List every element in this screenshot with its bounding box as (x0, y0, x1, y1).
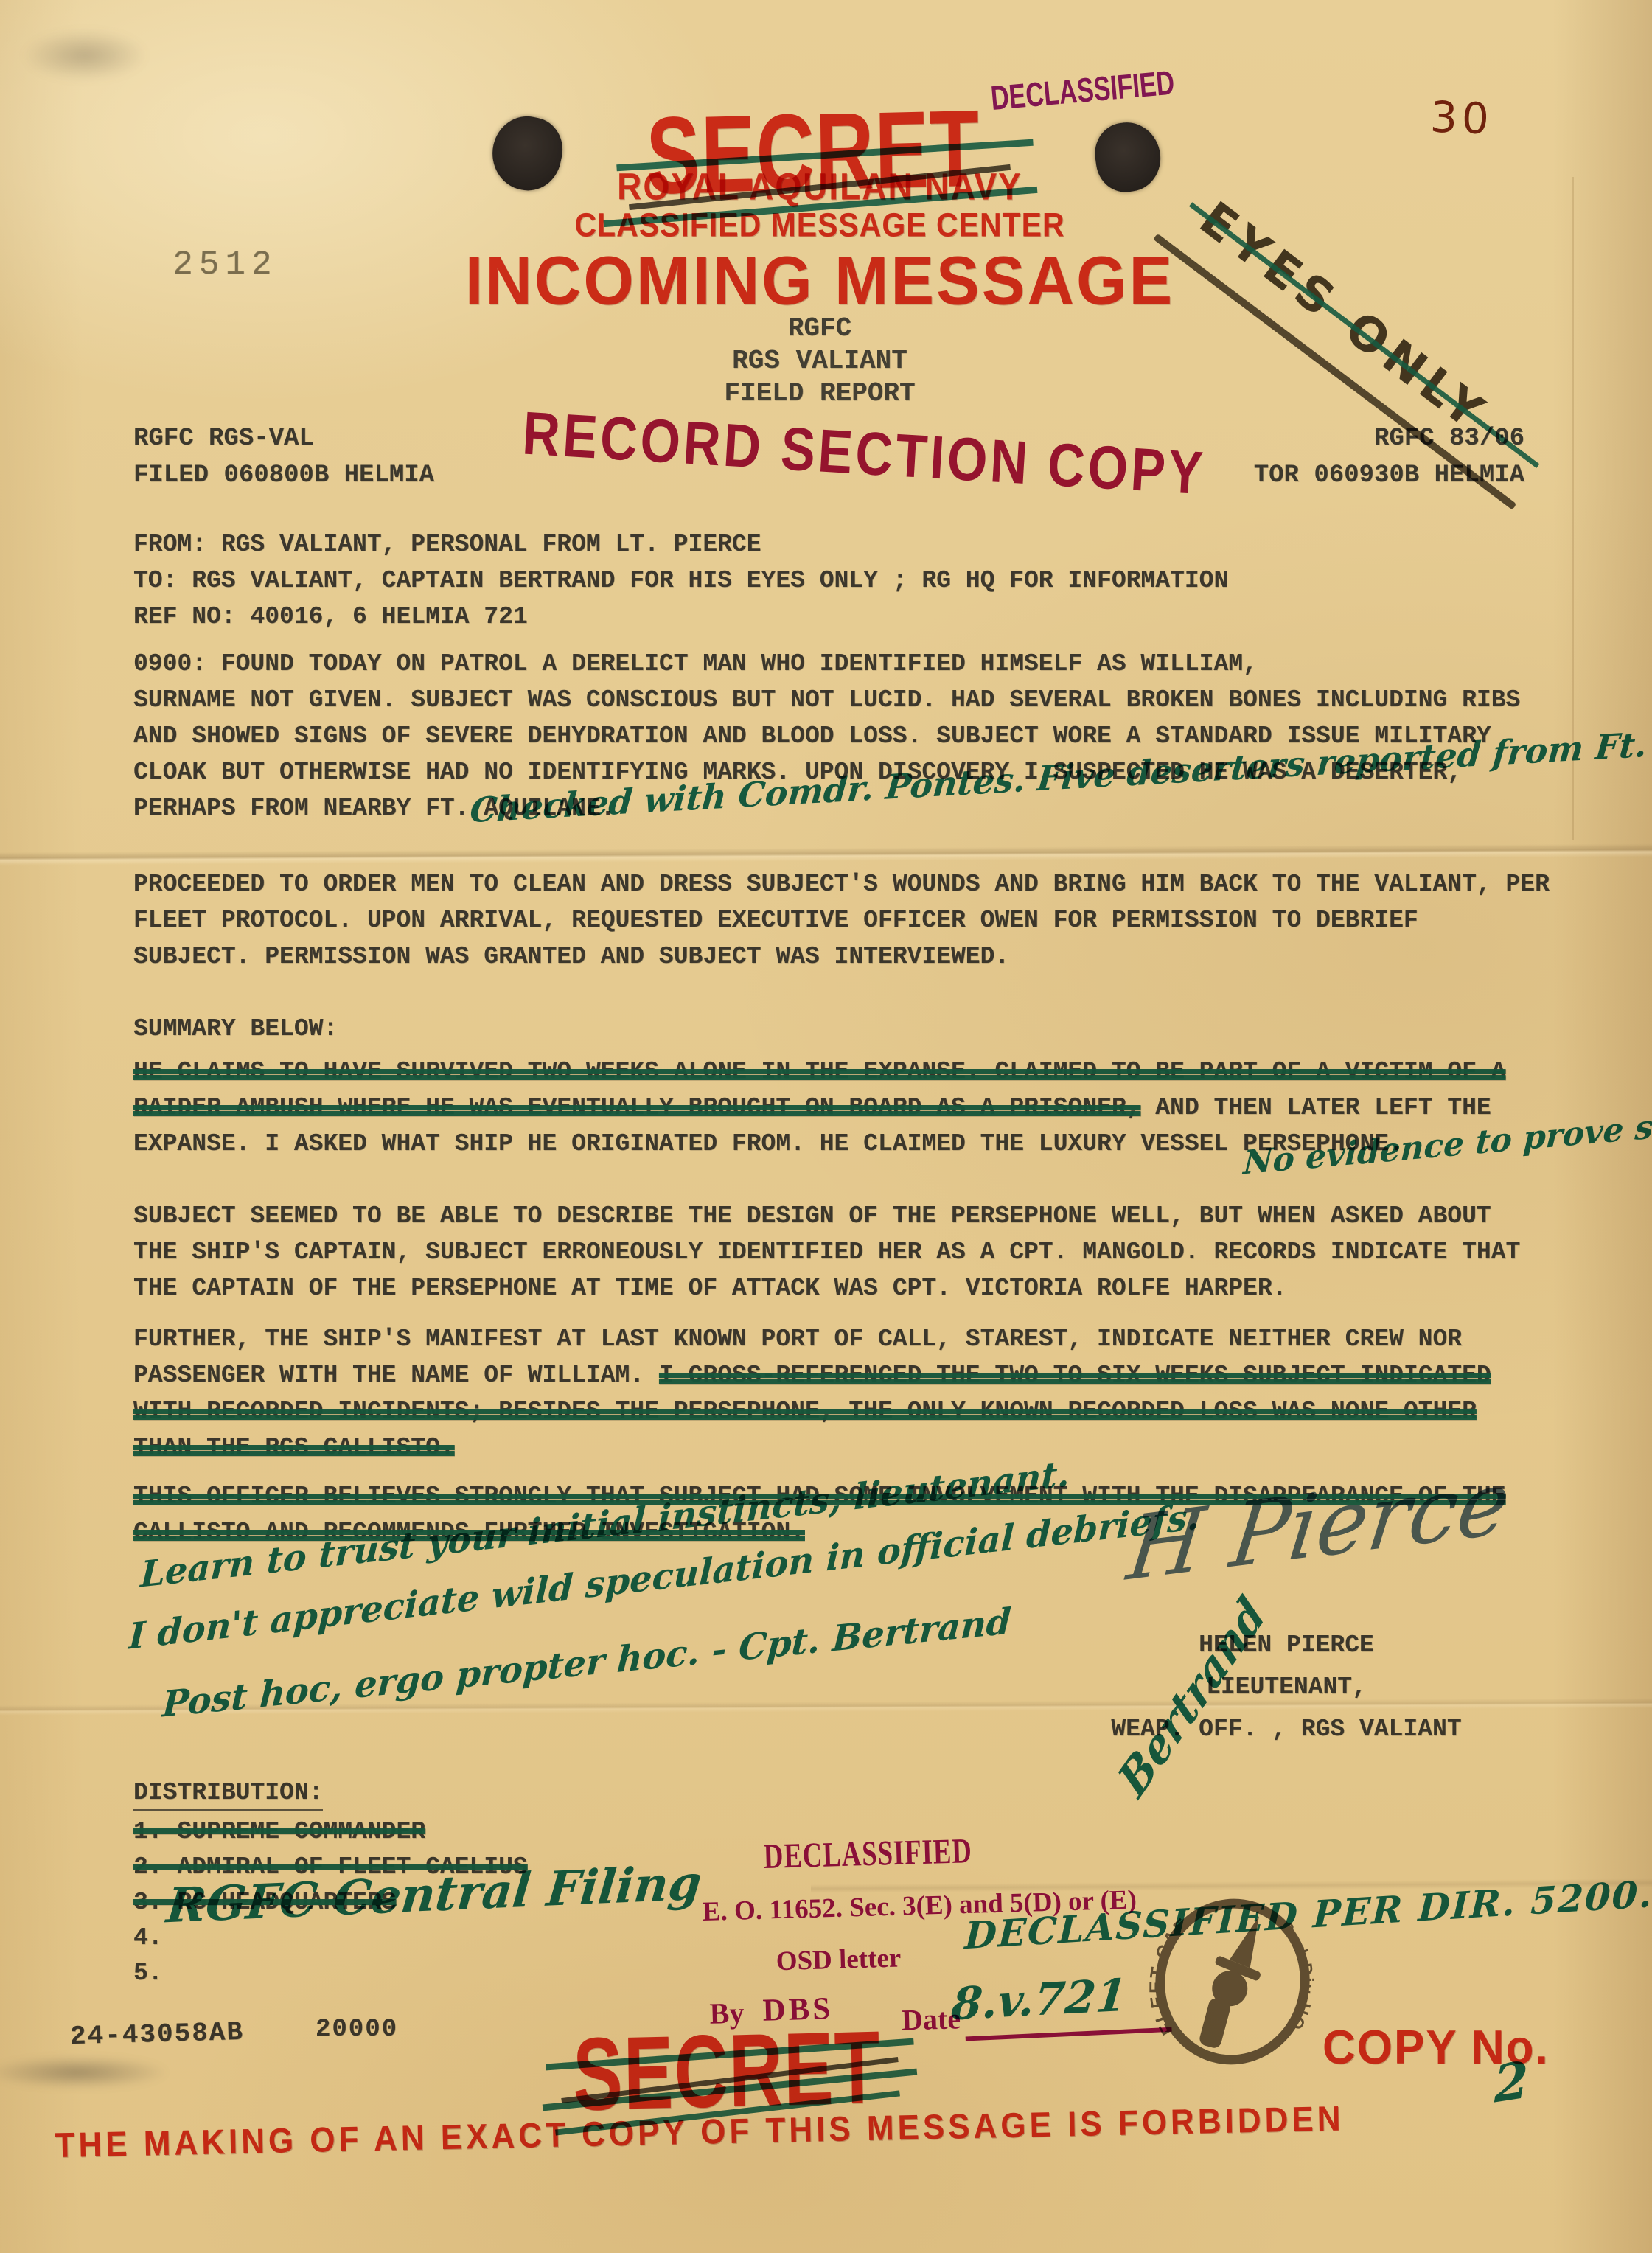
distribution-item-4: 4. (133, 1926, 163, 1950)
body-line-struck: HE CLAIMS TO HAVE SURVIVED TWO WEEKS ALO… (133, 1059, 1506, 1084)
declass-date-underline (966, 2027, 1172, 2041)
pierce-signature: H Pierce (1123, 1450, 1516, 1601)
signer-name: HELEN PIERCE (1199, 1633, 1374, 1657)
file-number-faint: 2512 (172, 248, 277, 282)
body-line: SUBJECT SEEMED TO BE ABLE TO DESCRIBE TH… (133, 1204, 1491, 1228)
struck-text: I CROSS-REFERENCED THE TWO TO SIX WEEKS … (659, 1362, 1491, 1389)
smudge-top-left (22, 29, 147, 81)
routing-left-line2: FILED 060800B HELMIA (133, 463, 434, 488)
routing-left-line1: RGFC RGS-VAL (133, 426, 314, 451)
document-title: INCOMING MESSAGE (465, 241, 1174, 320)
body-line-mixed: PASSENGER WITH THE NAME OF WILLIAM. I CR… (133, 1363, 1491, 1387)
dagger-hand-icon (1185, 1907, 1281, 2056)
struck-text: RAIDER AMBUSH WHERE HE WAS EVENTUALLY BR… (133, 1094, 1140, 1121)
signer-role: WEAP. OFF. , RGS VALIANT (1111, 1717, 1461, 1741)
struck-text: WITH RECORDED INCIDENTS; BESIDES THE PER… (133, 1398, 1477, 1425)
copy-number-handwritten: 2 (1494, 2050, 1529, 2115)
body-line: FURTHER, THE SHIP'S MANIFEST AT LAST KNO… (133, 1327, 1462, 1351)
declass-date-handwritten: 8.v.721 (949, 1970, 1129, 2031)
header-sub-report: FIELD REPORT (724, 380, 915, 407)
fleet-stamp: FLEET CAELIUS 2nd Div HQ (1146, 1892, 1320, 2072)
to-line: TO: RGS VALIANT, CAPTAIN BERTRAND FOR HI… (133, 568, 1228, 593)
struck-text: 1. SUPREME COMMANDER (133, 1818, 425, 1845)
from-line: FROM: RGS VALIANT, PERSONAL FROM LT. PIE… (133, 532, 761, 557)
ref-line: REF NO: 40016, 6 HELMIA 721 (133, 605, 528, 629)
body-line: PROCEEDED TO ORDER MEN TO CLEAN AND DRES… (133, 872, 1550, 896)
header-sub-ship: RGS VALIANT (732, 348, 907, 375)
body-text: PASSENGER WITH THE NAME OF WILLIAM. (133, 1362, 659, 1389)
body-line: 0900: FOUND TODAY ON PATROL A DERELICT M… (133, 652, 1258, 676)
footer-count: 20000 (316, 2017, 398, 2042)
body-line: THE SHIP'S CAPTAIN, SUBJECT ERRONEOUSLY … (133, 1240, 1520, 1264)
hole-punch-left (486, 110, 569, 196)
summary-label: SUMMARY BELOW: (133, 1017, 338, 1041)
body-text: AND THEN LATER LEFT THE (1140, 1094, 1491, 1121)
record-section-stamp: RECORD SECTION COPY (520, 398, 1207, 508)
body-line: FLEET PROTOCOL. UPON ARRIVAL, REQUESTED … (133, 908, 1418, 933)
body-line-mixed: RAIDER AMBUSH WHERE HE WAS EVENTUALLY BR… (133, 1096, 1491, 1120)
body-line: EXPANSE. I ASKED WHAT SHIP HE ORIGINATED… (133, 1132, 1404, 1156)
footer-serial: 24-43058AB (70, 2019, 245, 2050)
document-page: DECLASSIFIED 30 2512 SECRET EYES ONLY RO… (0, 0, 1652, 2253)
declass-title: DECLASSIFIED (763, 1830, 973, 1877)
declassified-stamp-top: DECLASSIFIED (989, 63, 1176, 118)
distribution-item-1: 1. SUPREME COMMANDER (133, 1820, 425, 1844)
routing-right-line2: TOR 060930B HELMIA (1254, 463, 1524, 488)
smudge-bottom-left (0, 2055, 170, 2089)
struck-text: HE CLAIMS TO HAVE SURVIVED TWO WEEKS ALO… (133, 1058, 1506, 1085)
fold-crease-top (0, 843, 1652, 866)
eyes-only-stamp: EYES ONLY (1189, 192, 1498, 443)
stamp-text-right: 2nd Div HQ (1264, 1917, 1320, 2036)
header-sub-rgfc: RGFC (788, 316, 851, 342)
distribution-item-5: 5. (133, 1961, 163, 1985)
body-line-struck: THAN THE RGS CALLISTO. (133, 1435, 455, 1460)
hole-punch-right (1091, 118, 1165, 195)
page-number-handwritten: 30 (1429, 92, 1494, 144)
signer-rank: LIEUTENANT, (1206, 1675, 1367, 1699)
routing-right-line1: RGFC 83/06 (1374, 426, 1524, 451)
declass-osd-line: OSD letter (776, 1942, 902, 1977)
body-line: SURNAME NOT GIVEN. SUBJECT WAS CONSCIOUS… (133, 688, 1520, 712)
body-line-struck: WITH RECORDED INCIDENTS; BESIDES THE PER… (133, 1399, 1477, 1424)
body-line: THE CAPTAIN OF THE PERSEPHONE AT TIME OF… (133, 1276, 1286, 1300)
body-line: SUBJECT. PERMISSION WAS GRANTED AND SUBJ… (133, 944, 1009, 969)
org-name: ROYAL AQUILAN NAVY (617, 164, 1022, 208)
distribution-heading: DISTRIBUTION: (133, 1780, 323, 1811)
org-subtitle: CLASSIFIED MESSAGE CENTER (574, 206, 1064, 245)
svg-text:2nd Div HQ: 2nd Div HQ (1264, 1917, 1320, 2036)
struck-text: THAN THE RGS CALLISTO. (133, 1434, 455, 1461)
